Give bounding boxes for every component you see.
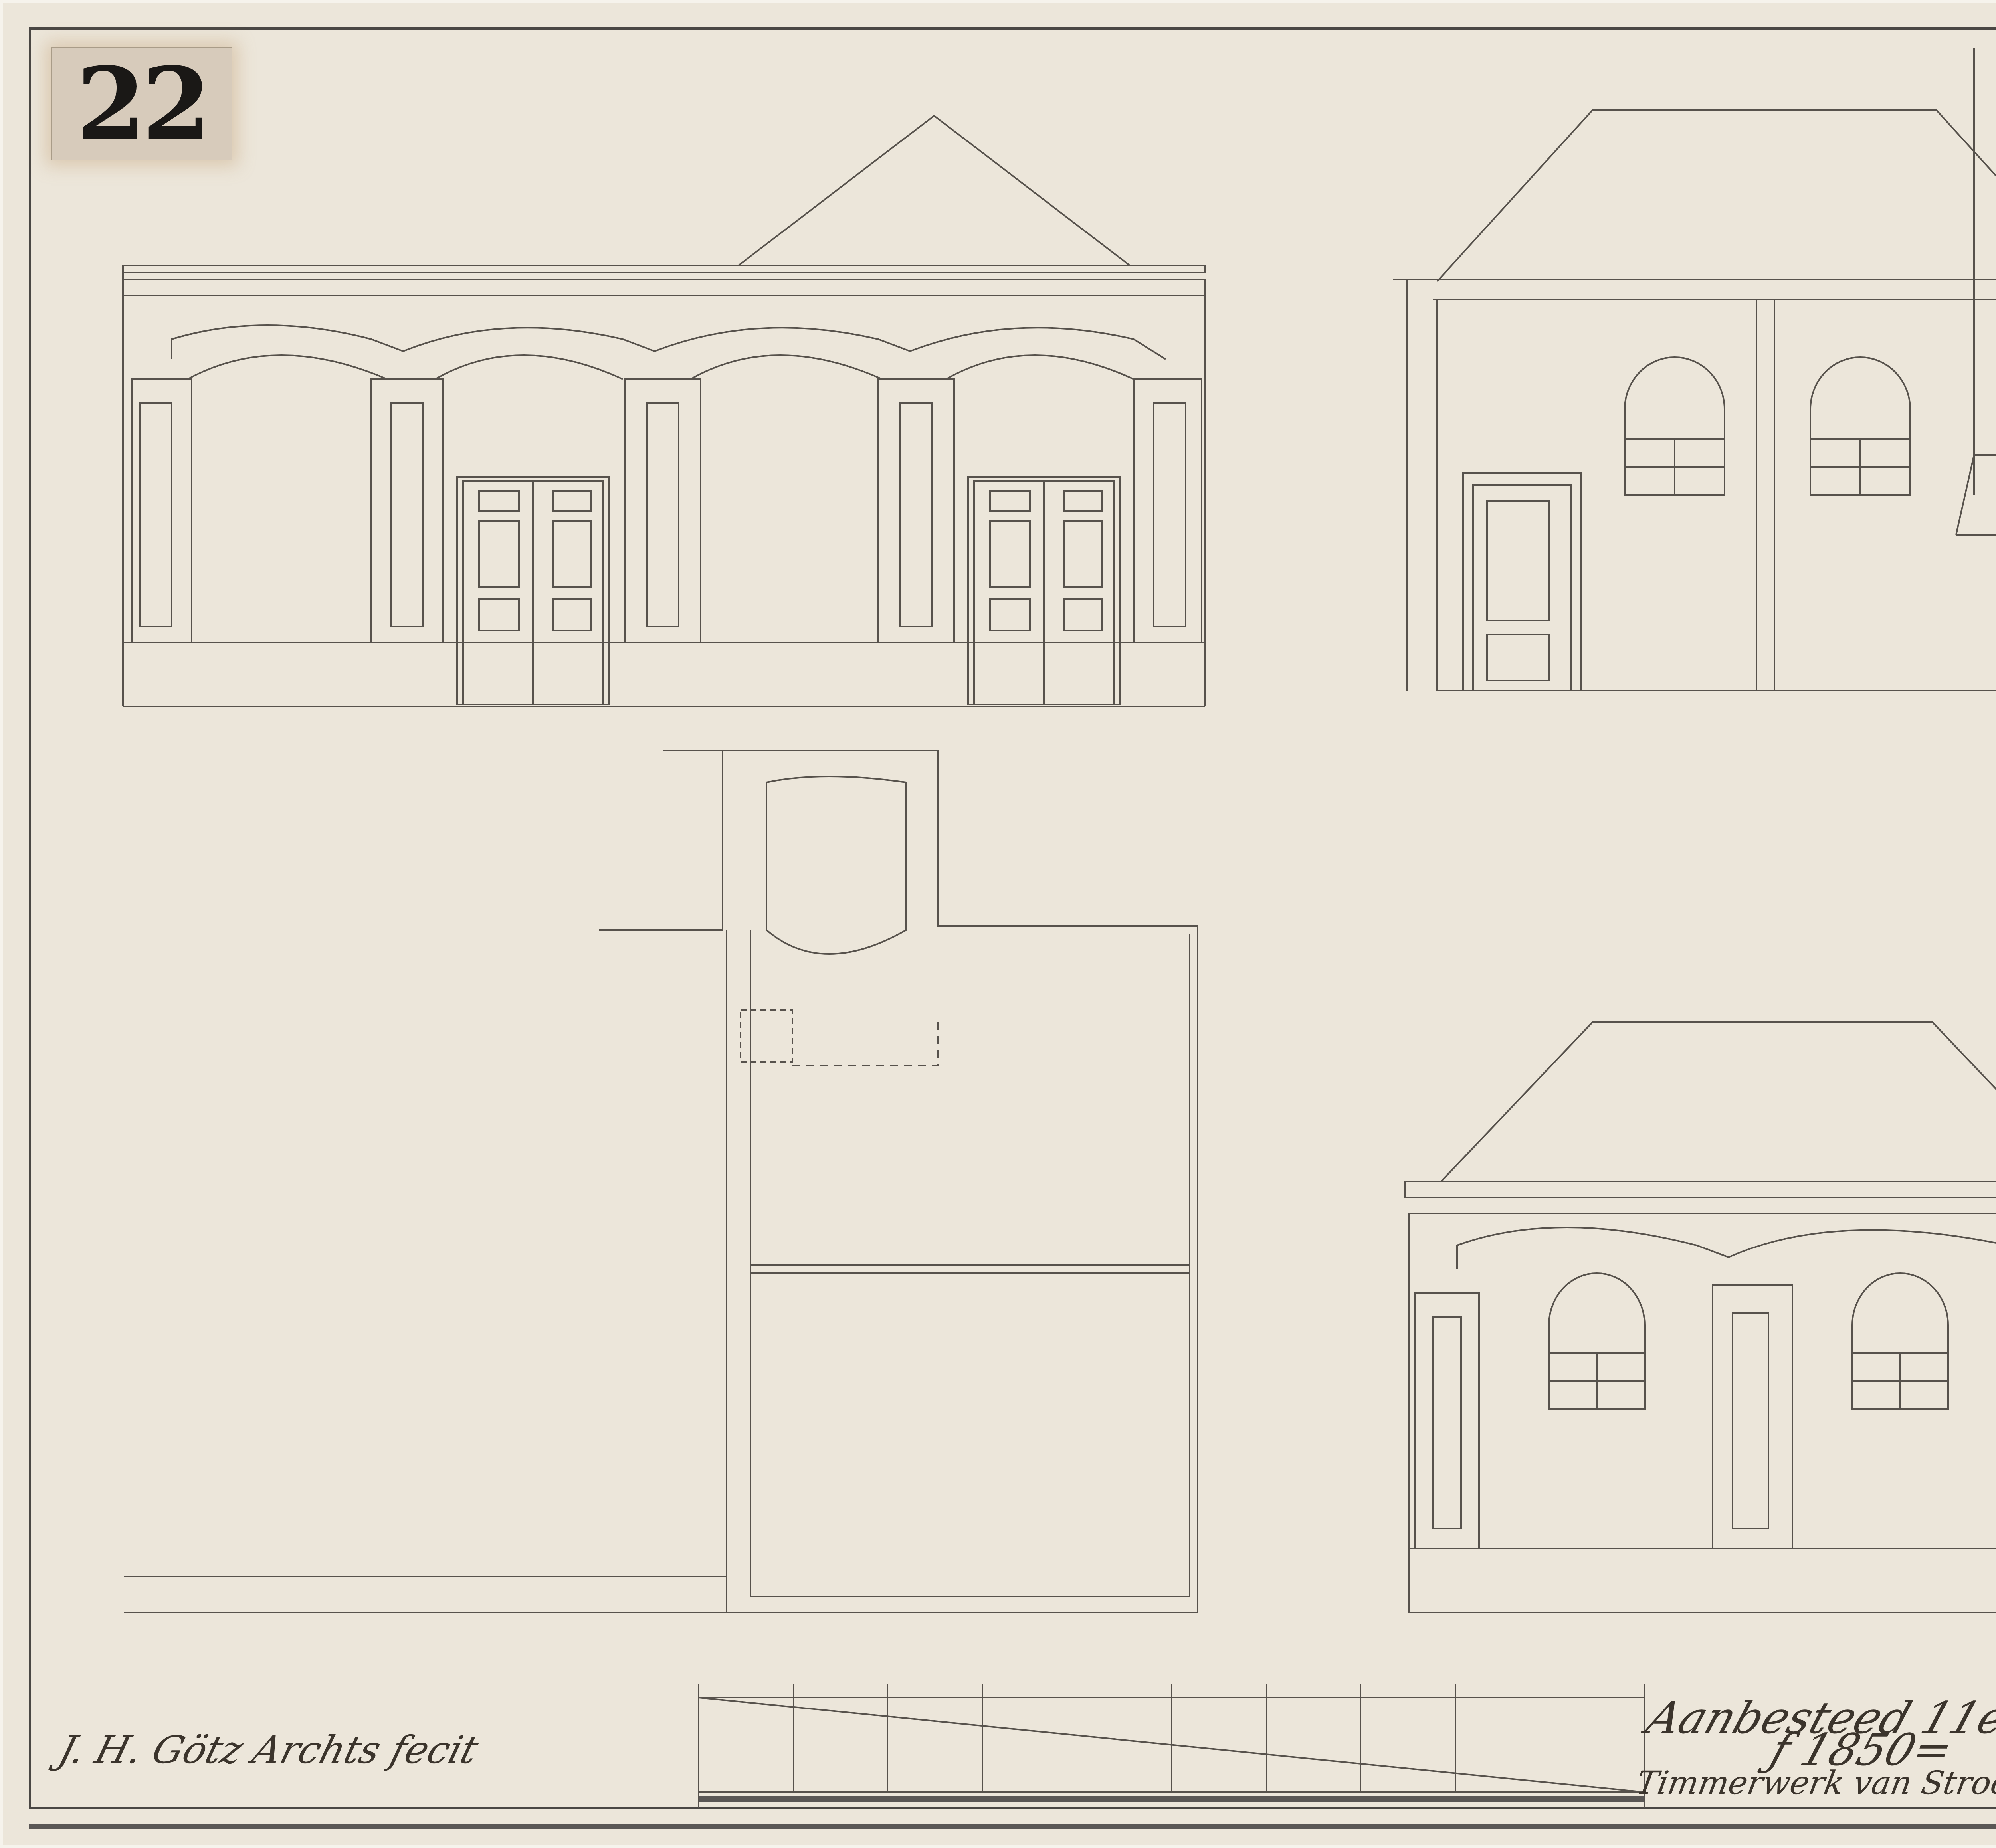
front-elevation <box>123 116 1205 706</box>
side-section <box>1393 48 1996 726</box>
rear-elevation <box>1405 1022 1996 1613</box>
bottom-rule <box>29 1824 1996 1829</box>
architectural-drawing <box>0 0 1996 1848</box>
scale-bar <box>699 1684 1645 1808</box>
work-subject-note: Timmerwerk van Stroomgevegen <box>1634 1764 1996 1801</box>
sheet-number: 22 <box>76 54 207 154</box>
floor-plan <box>124 750 1198 1613</box>
architect-signature: J. H. Götz Archts fecit <box>54 1728 483 1772</box>
sheet-number-label: 22 <box>51 47 232 160</box>
